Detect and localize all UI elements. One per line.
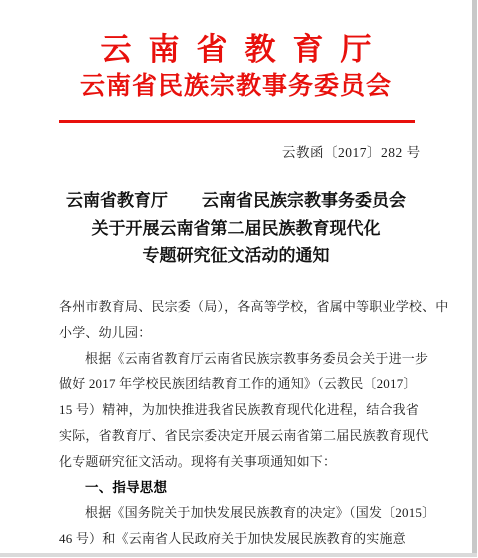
- page-edge-shadow-bottom: [0, 553, 477, 557]
- document-title: 云南省教育厅 云南省民族宗教事务委员会 关于开展云南省第二届民族教育现代化 专题…: [0, 187, 472, 270]
- paragraph-line: 实际，省教育厅、省民宗委决定开展云南省第二届民族教育现代: [59, 423, 425, 449]
- letterhead-red-rule: [59, 120, 415, 123]
- paragraph-line: 根据《国务院关于加快发展民族教育的决定》（国发〔2015〕: [59, 500, 425, 526]
- paragraph-line: 根据《云南省教育厅云南省民族宗教事务委员会关于进一步: [59, 346, 425, 372]
- letterhead-org-1: 云南省教育厅: [0, 24, 472, 69]
- title-line-2: 关于开展云南省第二届民族教育现代化: [0, 215, 472, 243]
- letterhead-org-2: 云南省民族宗教事务委员会: [0, 66, 472, 102]
- title-line-3: 专题研究征文活动的通知: [0, 242, 472, 270]
- paragraph-line: 46 号）和《云南省人民政府关于加快发展民族教育的实施意: [59, 526, 425, 552]
- document-number: 云教函〔2017〕282 号: [282, 141, 421, 161]
- salutation-line: 各州市教育局、民宗委（局），各高等学校，省属中等职业学校、中: [59, 294, 425, 320]
- document-body: 各州市教育局、民宗委（局），各高等学校，省属中等职业学校、中 小学、幼儿园： 根…: [59, 294, 425, 552]
- page-edge-shadow-right: [472, 0, 477, 553]
- document-viewer: 云南省教育厅 云南省民族宗教事务委员会 云教函〔2017〕282 号 云南省教育…: [0, 0, 478, 558]
- paragraph-line: 15 号）精神，为加快推进我省民族教育现代化进程，结合我省: [59, 397, 425, 423]
- paragraph-line: 做好 2017 年学校民族团结教育工作的通知》（云教民〔2017〕: [59, 371, 425, 397]
- section-heading: 一、指导思想: [59, 475, 425, 501]
- title-line-1: 云南省教育厅 云南省民族宗教事务委员会: [0, 187, 472, 215]
- salutation-line: 小学、幼儿园：: [59, 320, 425, 346]
- paragraph-line: 化专题研究征文活动。现将有关事项通知如下：: [59, 449, 425, 475]
- document-page: 云南省教育厅 云南省民族宗教事务委员会 云教函〔2017〕282 号 云南省教育…: [0, 0, 472, 553]
